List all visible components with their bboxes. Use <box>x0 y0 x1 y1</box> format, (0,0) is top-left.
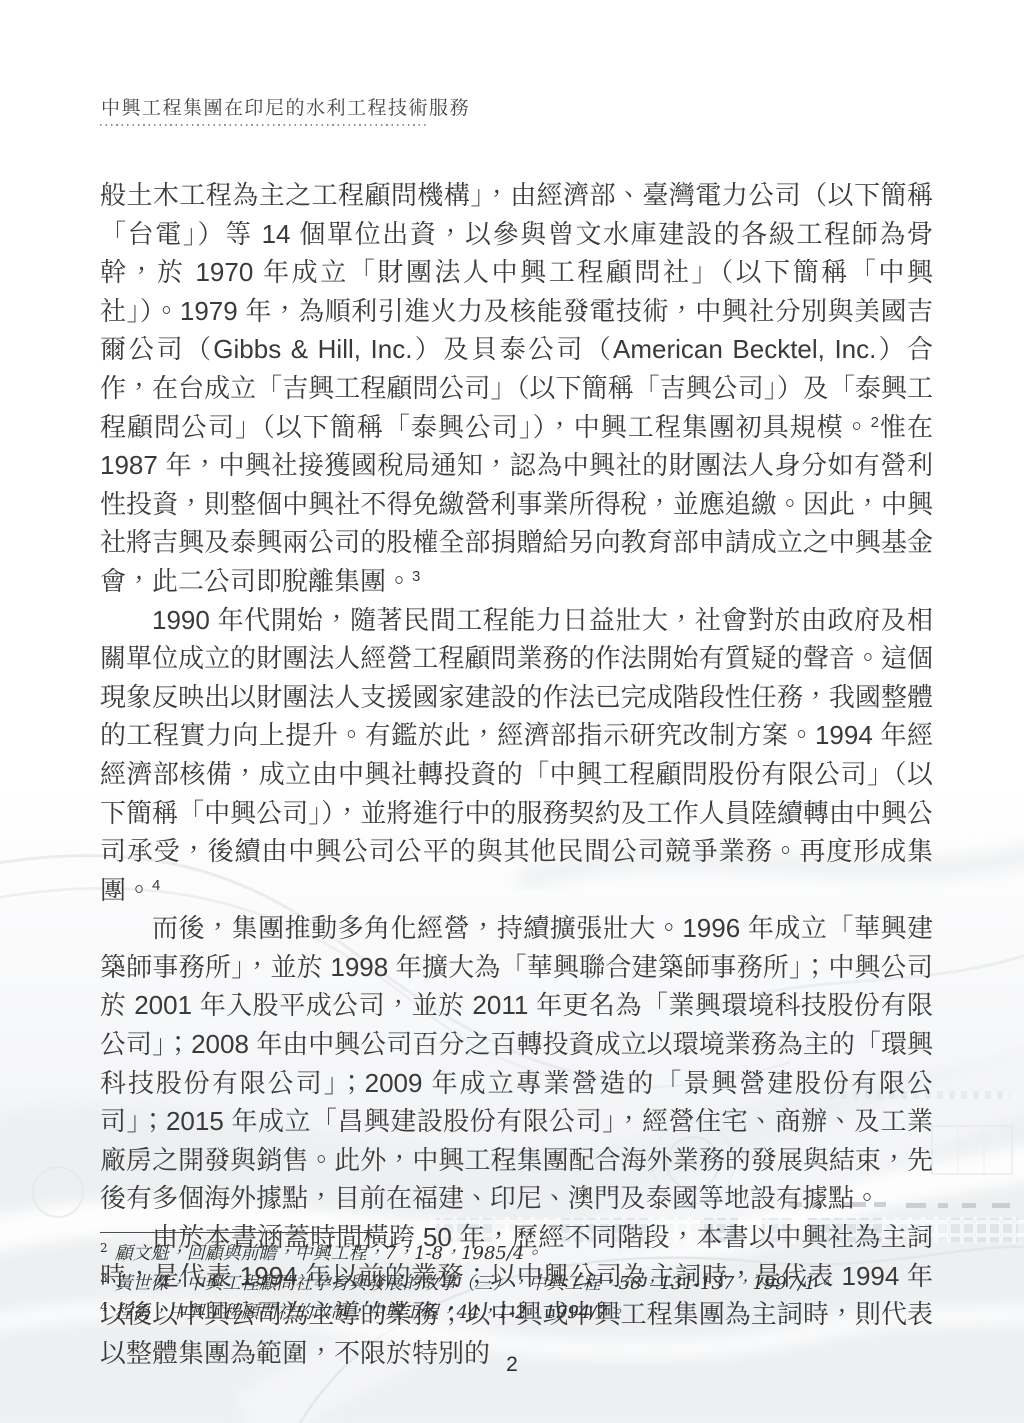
paragraph: 1990 年代開始，隨著民間工程能力日益壯大，社會對於由政府及相關單位成立的財團… <box>100 601 933 910</box>
footnote-marker: 2 <box>100 1241 108 1255</box>
footnote: 2顧文魁，回顧與前瞻，中興工程，7，1-8，1985/4。 <box>100 1239 940 1269</box>
footnote-rule <box>100 1232 378 1233</box>
footnote-ref: 4 <box>152 877 160 894</box>
footnote-text: 程禹，中興工程顧問社的改制，中興工程，44，1-2，1994/7。 <box>115 1302 626 1323</box>
footnote-marker: 4 <box>100 1300 108 1314</box>
footnote: 4程禹，中興工程顧問社的改制，中興工程，44，1-2，1994/7。 <box>100 1298 940 1328</box>
footnote-ref: 3 <box>412 568 420 585</box>
footnote-marker: 3 <box>100 1271 108 1285</box>
paragraph: 而後，集團推動多角化經營，持續擴張壯大。1996 年成立「華興建築師事務所」，並… <box>100 909 933 1218</box>
page-root: 中興工程集團在印尼的水利工程技術服務 般土木工程為主之工程顧問機構」，由經濟部、… <box>0 0 1024 1423</box>
paragraph: 般土木工程為主之工程顧問機構」，由經濟部、臺灣電力公司（以下簡稱「台電」）等 1… <box>100 176 933 601</box>
footnote-ref: 2 <box>871 414 879 431</box>
footnote: 3黃世傑，中興工程顧問社孕育與發展的故事（三），中興工程，58，131-137，… <box>100 1269 940 1299</box>
page-number: 2 <box>0 1353 1024 1377</box>
header-dotted-rule <box>100 124 426 126</box>
footnote-text: 黃世傑，中興工程顧問社孕育與發展的故事（三），中興工程，58，131-137，1… <box>115 1273 834 1294</box>
footnote-text: 顧文魁，回顧與前瞻，中興工程，7，1-8，1985/4。 <box>115 1243 543 1264</box>
footnotes: 2顧文魁，回顧與前瞻，中興工程，7，1-8，1985/4。3黃世傑，中興工程顧問… <box>100 1239 940 1328</box>
body-text: 般土木工程為主之工程顧問機構」，由經濟部、臺灣電力公司（以下簡稱「台電」）等 1… <box>100 176 933 1372</box>
running-header-title: 中興工程集團在印尼的水利工程技術服務 <box>101 93 470 120</box>
